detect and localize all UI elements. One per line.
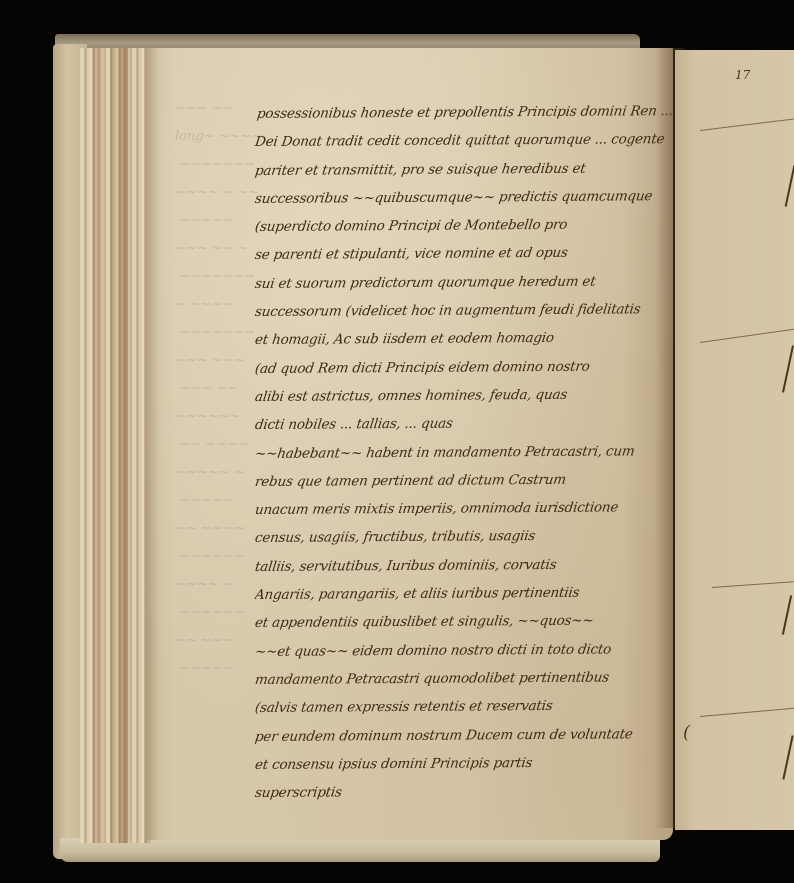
- manuscript-text: possessionibus honeste et prepollentis P…: [255, 100, 675, 807]
- text-line: se parenti et stipulanti, vice nomine et…: [253, 239, 677, 270]
- text-line: ~~et quas~~ eidem domino nostro dicti in…: [253, 635, 677, 666]
- text-line: et consensu ipsius domini Principis part…: [253, 748, 677, 779]
- manuscript-photo: ~~~ ~~ long~ ~~~~~ ~~~~~~~ ~~~~ ~ ~~ ~~~…: [0, 0, 794, 883]
- text-line: rebus que tamen pertinent ad dictum Cast…: [253, 465, 677, 496]
- text-line: census, usagiis, fructibus, tributis, us…: [253, 522, 677, 553]
- text-line: possessionibus honeste et prepollentis P…: [253, 97, 677, 128]
- text-line: successorum (videlicet hoc in augmentum …: [253, 295, 677, 326]
- text-line: (salvis tamen expressis retentis et rese…: [253, 691, 677, 722]
- flourish: (: [683, 722, 690, 743]
- page-stack-edges: [80, 48, 150, 843]
- text-line: alibi est astrictus, omnes homines, feud…: [253, 380, 677, 411]
- text-line: superscriptis: [253, 776, 677, 807]
- text-line: unacum meris mixtis imperiis, omnimoda i…: [253, 493, 677, 524]
- text-line: dicti nobiles ... tallias, ... quas: [253, 408, 677, 439]
- text-line: successoribus ~~quibuscumque~~ predictis…: [253, 182, 677, 213]
- book-cover-bottom-edge: [60, 838, 660, 862]
- text-line: Dei Donat tradit cedit concedit quittat …: [253, 125, 677, 156]
- text-line: Angariis, parangariis, et aliis iuribus …: [253, 578, 677, 609]
- text-line: et appendentiis quibuslibet et singulis,…: [253, 606, 677, 637]
- text-line: mandamento Petracastri quomodolibet pert…: [253, 663, 677, 694]
- bleed-through-text: ~~~ ~~ long~ ~~~~~ ~~~~~~~ ~~~~ ~ ~~ ~~~…: [175, 95, 265, 715]
- text-line: (ad quod Rem dicti Principis eidem domin…: [253, 352, 677, 383]
- text-line: ~~habebant~~ habent in mandamento Petrac…: [253, 437, 677, 468]
- text-line: et homagii, Ac sub iisdem et eodem homag…: [253, 323, 677, 354]
- text-line: pariter et transmittit, pro se suisque h…: [253, 154, 677, 185]
- folio-number: 17: [735, 68, 750, 82]
- text-line: (superdicto domino Principi de Montebell…: [253, 210, 677, 241]
- text-line: per eundem dominum nostrum Ducem cum de …: [253, 720, 677, 751]
- text-line: talliis, servitutibus, Iuribus dominiis,…: [253, 550, 677, 581]
- text-line: sui et suorum predictorum quorumque here…: [253, 267, 677, 298]
